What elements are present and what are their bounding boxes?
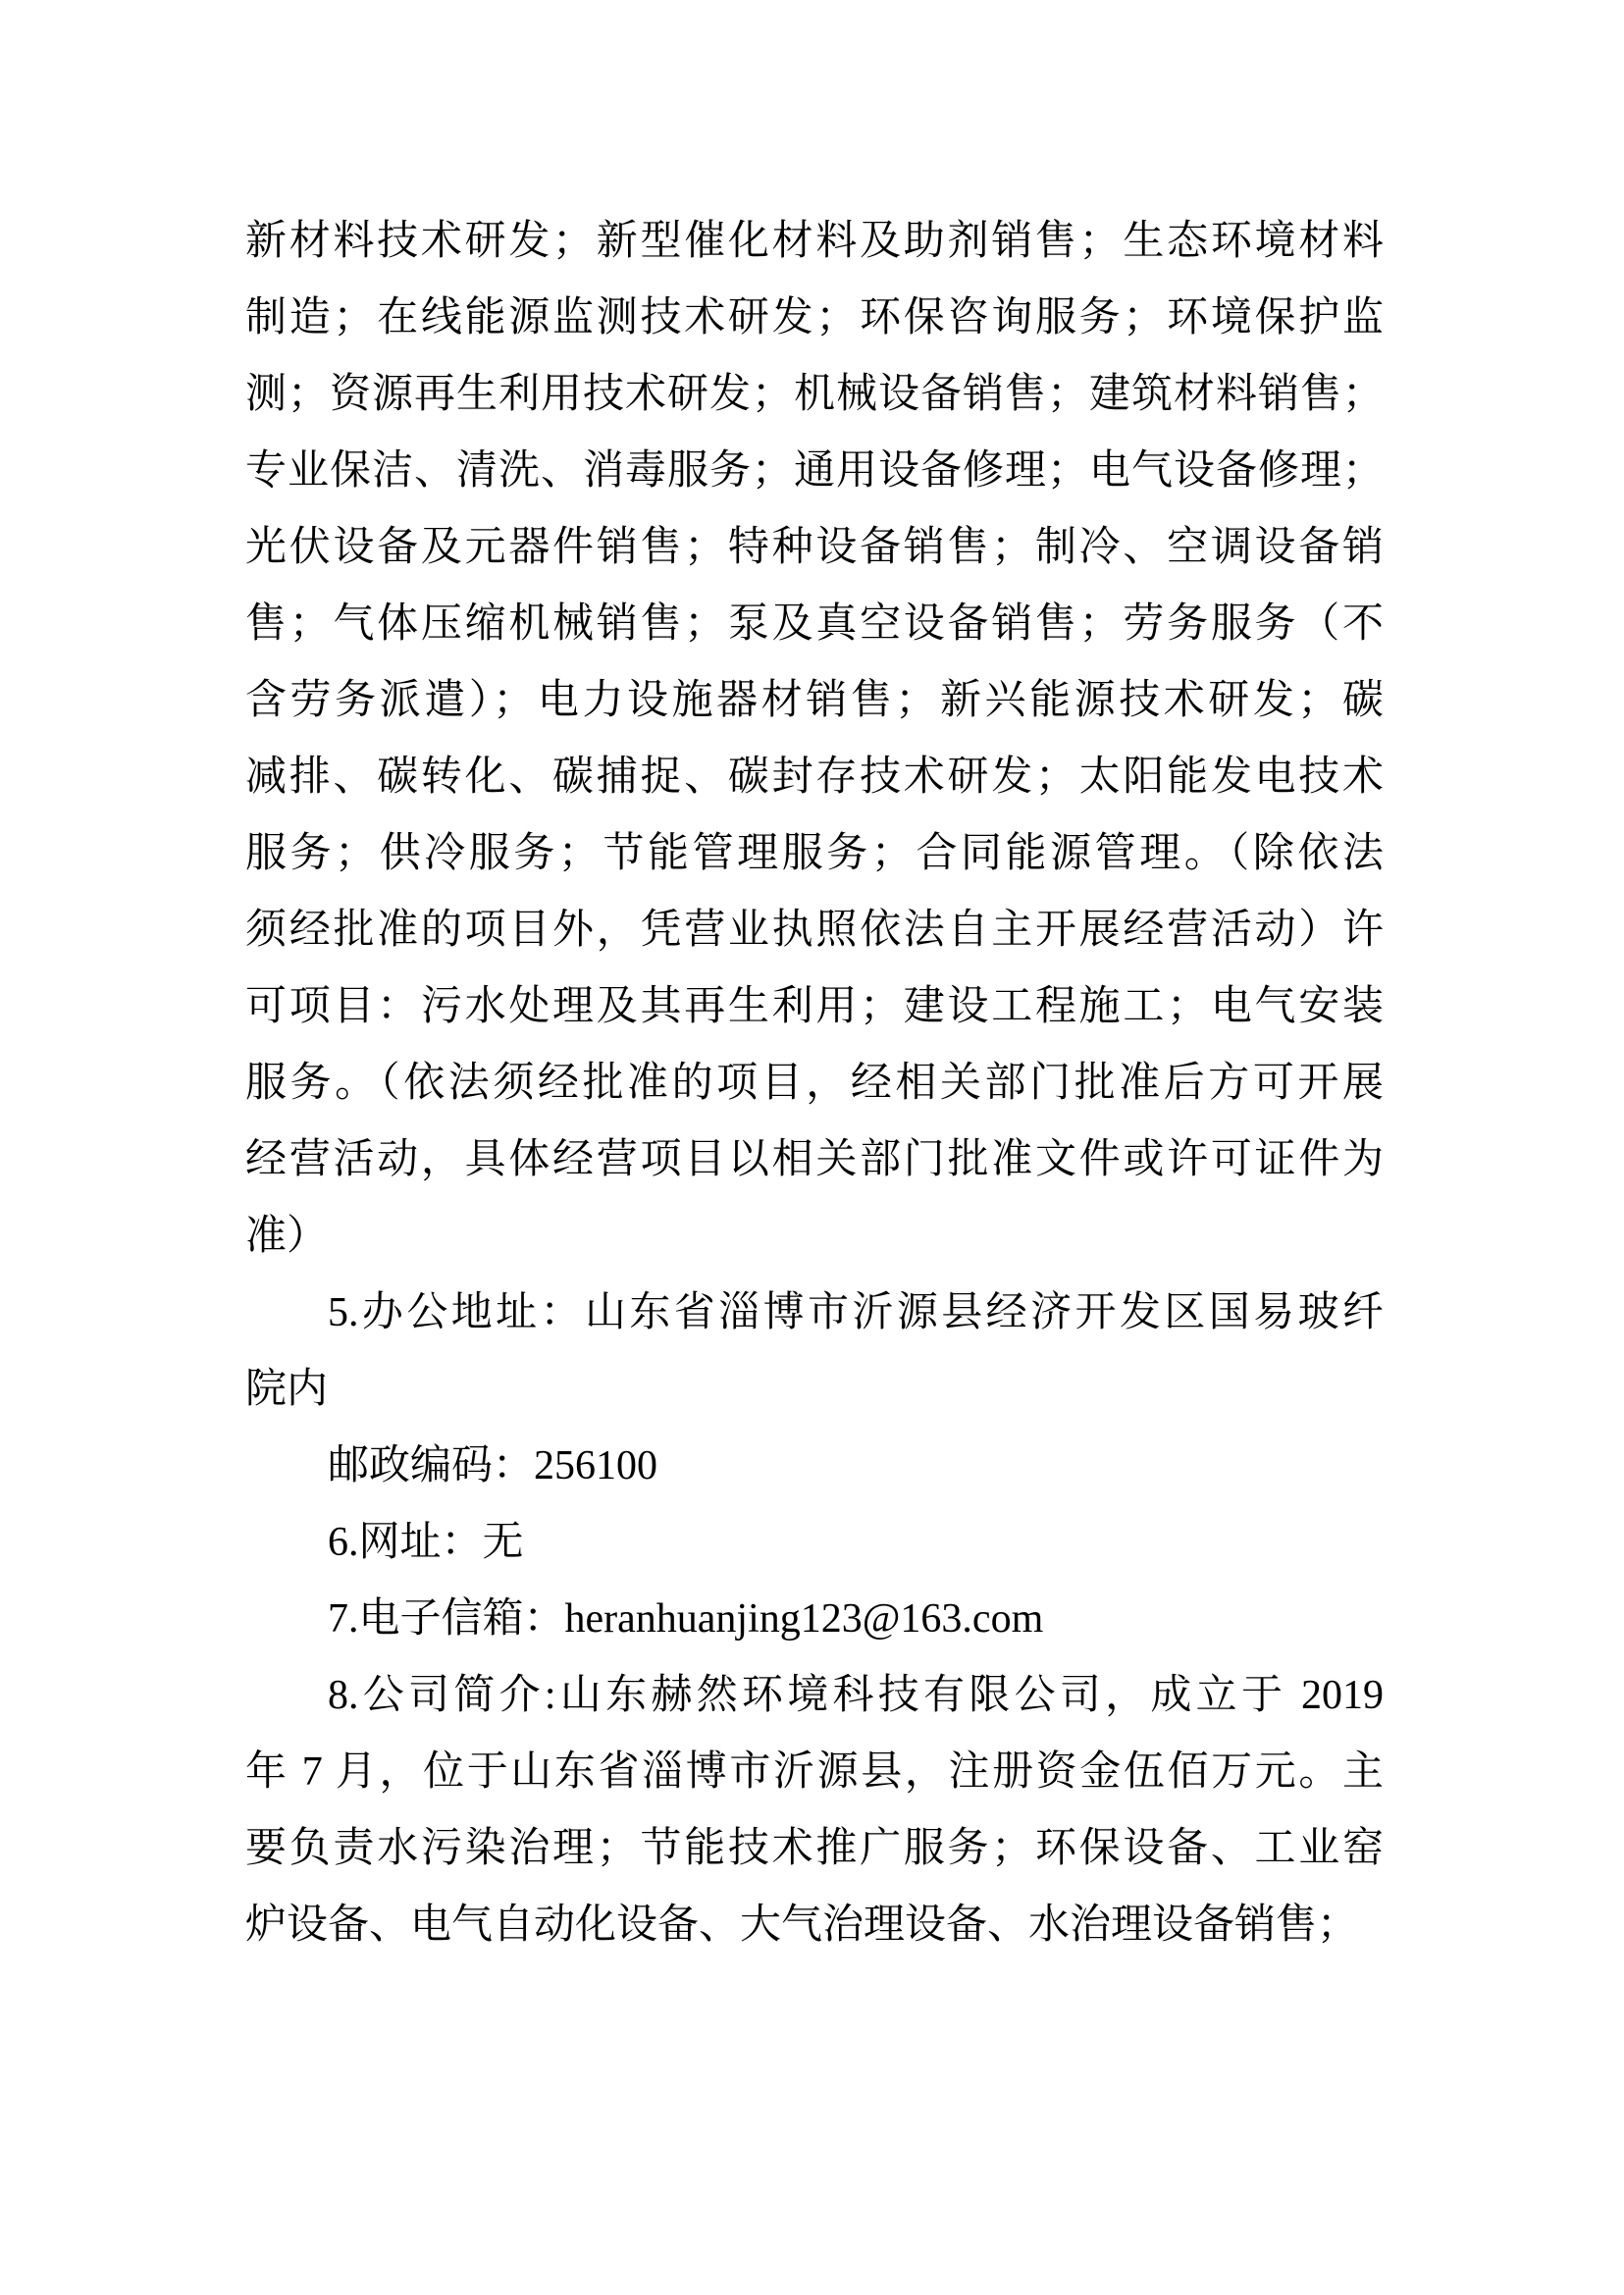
- text-line-postal-code: 邮政编码：256100: [245, 1428, 1384, 1504]
- text-line: 专业保洁、清洗、消毒服务；通用设备修理；电气设备修理；: [245, 433, 1384, 509]
- text-line: 院内: [245, 1351, 1384, 1428]
- text-line: 售；气体压缩机械销售；泵及真空设备销售；劳务服务（不: [245, 586, 1384, 662]
- text-line: 服务；供冷服务；节能管理服务；合同能源管理。（除依法: [245, 815, 1384, 892]
- text-line: 制造；在线能源监测技术研发；环保咨询服务；环境保护监: [245, 280, 1384, 356]
- text-line: 新材料技术研发；新型催化材料及助剂销售；生态环境材料: [245, 203, 1384, 280]
- text-line: 炉设备、电气自动化设备、大气治理设备、水治理设备销售；: [245, 1887, 1384, 1963]
- text-line: 测；资源再生利用技术研发；机械设备销售；建筑材料销售；: [245, 356, 1384, 433]
- text-line: 须经批准的项目外，凭营业执照依法自主开展经营活动）许: [245, 892, 1384, 968]
- text-line: 要负责水污染治理；节能技术推广服务；环保设备、工业窑: [245, 1810, 1384, 1887]
- text-line: 减排、碳转化、碳捕捉、碳封存技术研发；太阳能发电技术: [245, 739, 1384, 815]
- text-line: 年 7 月，位于山东省淄博市沂源县，注册资金伍佰万元。主: [245, 1734, 1384, 1810]
- document-page: 新材料技术研发；新型催化材料及助剂销售；生态环境材料 制造；在线能源监测技术研发…: [0, 0, 1624, 2295]
- text-line: 准）: [245, 1198, 1384, 1275]
- text-line: 可项目：污水处理及其再生利用；建设工程施工；电气安装: [245, 968, 1384, 1045]
- text-line-email: 7.电子信箱：heranhuanjing123@163.com: [245, 1581, 1384, 1657]
- text-line: 含劳务派遣）；电力设施器材销售；新兴能源技术研发；碳: [245, 662, 1384, 739]
- text-line: 服务。（依法须经批准的项目，经相关部门批准后方可开展: [245, 1045, 1384, 1121]
- text-line: 经营活动，具体经营项目以相关部门批准文件或许可证件为: [245, 1121, 1384, 1198]
- text-line-company-profile: 8.公司简介:山东赫然环境科技有限公司，成立于 2019: [245, 1657, 1384, 1734]
- text-line: 光伏设备及元器件销售；特种设备销售；制冷、空调设备销: [245, 509, 1384, 586]
- text-line-office-address: 5.办公地址：山东省淄博市沂源县经济开发区国易玻纤: [245, 1275, 1384, 1351]
- text-line-website: 6.网址：无: [245, 1504, 1384, 1581]
- document-body: 新材料技术研发；新型催化材料及助剂销售；生态环境材料 制造；在线能源监测技术研发…: [245, 203, 1384, 1963]
